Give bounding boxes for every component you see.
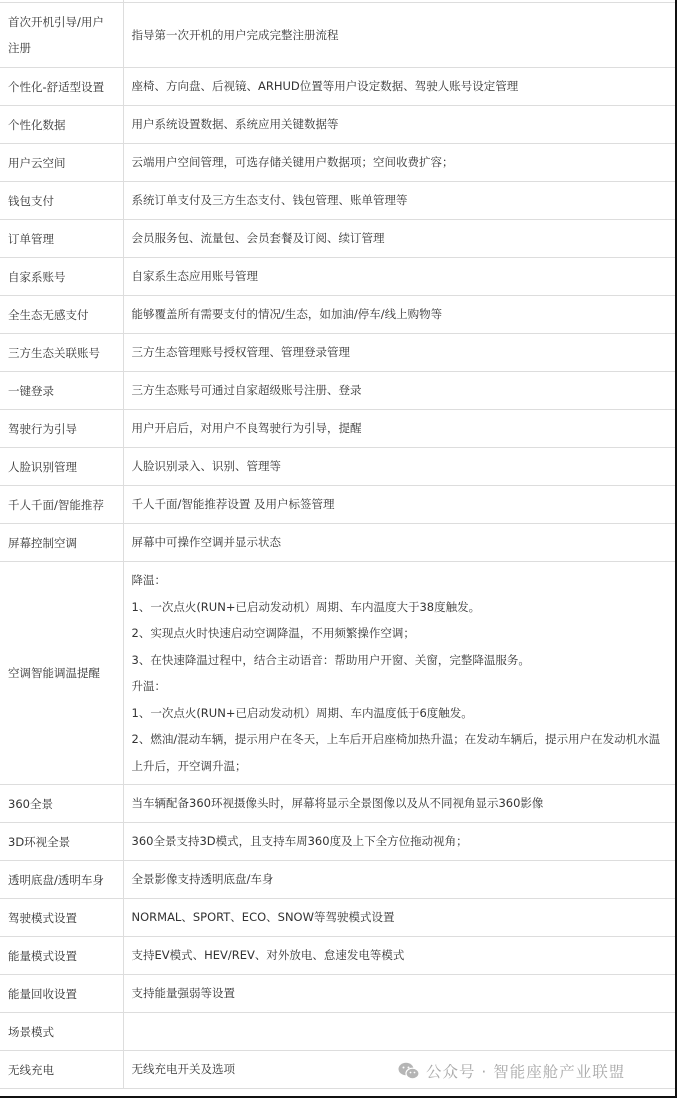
- feature-name: 首次开机引导/用户注册: [0, 3, 123, 68]
- feature-name: 个性化数据: [0, 106, 123, 144]
- table-row: 一键登录 三方生态账号可通过自家超级账号注册、登录: [0, 372, 675, 410]
- table-row: 钱包支付 系统订单支付及三方生态支付、钱包管理、账单管理等: [0, 182, 675, 220]
- description-line: 三方生态账号可通过自家超级账号注册、登录: [132, 377, 668, 404]
- feature-description: NORMAL、SPORT、ECO、SNOW等驾驶模式设置: [123, 899, 675, 937]
- feature-description: 云端用户空间管理，可选存储关键用户数据项；空间收费扩容；: [123, 144, 675, 182]
- table-row: 能量回收设置 支持能量强弱等设置: [0, 975, 675, 1013]
- feature-description: 用户系统设置数据、系统应用关键数据等: [123, 106, 675, 144]
- table-row: 场景模式: [0, 1013, 675, 1051]
- table-row: 人脸识别管理 人脸识别录入、识别、管理等: [0, 448, 675, 486]
- feature-name: 屏幕控制空调: [0, 524, 123, 562]
- feature-description: 系统订单支付及三方生态支付、钱包管理、账单管理等: [123, 182, 675, 220]
- watermark-text: 公众号 · 智能座舱产业联盟: [426, 1060, 625, 1082]
- description-line: 全景影像支持透明底盘/车身: [132, 866, 668, 893]
- document-frame: 首次开机引导/用户注册 指导第一次开机的用户完成完整注册流程 个性化-舒适型设置…: [0, 0, 677, 1098]
- table-row: 能量模式设置 支持EV模式、HEV/REV、对外放电、怠速发电等模式: [0, 937, 675, 975]
- watermark: 公众号 · 智能座舱产业联盟: [398, 1058, 629, 1084]
- description-line: 1、一次点火(RUN+已启动发动机）周期、车内温度大于38度触发。: [132, 594, 668, 621]
- feature-name: 个性化-舒适型设置: [0, 68, 123, 106]
- feature-name: 人脸识别管理: [0, 448, 123, 486]
- feature-name: 一键登录: [0, 372, 123, 410]
- wechat-icon: [398, 1062, 420, 1080]
- feature-description: 当车辆配备360环视摄像头时，屏幕将显示全景图像以及从不同视角显示360影像: [123, 785, 675, 823]
- feature-name: 钱包支付: [0, 182, 123, 220]
- description-line: 座椅、方向盘、后视镜、ARHUD位置等用户设定数据、驾驶人账号设定管理: [132, 73, 668, 100]
- table-row: 订单管理 会员服务包、流量包、会员套餐及订阅、续订管理: [0, 220, 675, 258]
- table-row: 首次开机引导/用户注册 指导第一次开机的用户完成完整注册流程: [0, 3, 675, 68]
- feature-name: 场景模式: [0, 1013, 123, 1051]
- description-line: 能够覆盖所有需要支付的情况/生态，如加油/停车/线上购物等: [132, 301, 668, 328]
- table-row: 自家系账号 自家系生态应用账号管理: [0, 258, 675, 296]
- description-line: 1、一次点火(RUN+已启动发动机）周期、车内温度低于6度触发。: [132, 700, 668, 727]
- feature-description: 自家系生态应用账号管理: [123, 258, 675, 296]
- table-row: 用户云空间 云端用户空间管理，可选存储关键用户数据项；空间收费扩容；: [0, 144, 675, 182]
- table-row: 个性化数据 用户系统设置数据、系统应用关键数据等: [0, 106, 675, 144]
- table-row: 空调智能调温提醒 降温： 1、一次点火(RUN+已启动发动机）周期、车内温度大于…: [0, 562, 675, 785]
- table-row: 个性化-舒适型设置 座椅、方向盘、后视镜、ARHUD位置等用户设定数据、驾驶人账…: [0, 68, 675, 106]
- table-row: 驾驶行为引导 用户开启后，对用户不良驾驶行为引导，提醒: [0, 410, 675, 448]
- feature-description: 支持能量强弱等设置: [123, 975, 675, 1013]
- feature-spec-table: 首次开机引导/用户注册 指导第一次开机的用户完成完整注册流程 个性化-舒适型设置…: [0, 2, 675, 1089]
- feature-name: 能量回收设置: [0, 975, 123, 1013]
- table-row: 屏幕控制空调 屏幕中可操作空调并显示状态: [0, 524, 675, 562]
- table-row: 3D环视全景 360全景支持3D模式，且支持车周360度及上下全方位拖动视角；: [0, 823, 675, 861]
- table-row: 三方生态关联账号 三方生态管理账号授权管理、管理登录管理: [0, 334, 675, 372]
- description-line: 屏幕中可操作空调并显示状态: [132, 529, 668, 556]
- feature-name: 透明底盘/透明车身: [0, 861, 123, 899]
- feature-description: 用户开启后，对用户不良驾驶行为引导，提醒: [123, 410, 675, 448]
- description-line: 支持能量强弱等设置: [132, 980, 668, 1007]
- description-line: 指导第一次开机的用户完成完整注册流程: [132, 22, 668, 49]
- feature-name: 驾驶模式设置: [0, 899, 123, 937]
- feature-description: 三方生态管理账号授权管理、管理登录管理: [123, 334, 675, 372]
- description-line: 云端用户空间管理，可选存储关键用户数据项；空间收费扩容；: [132, 149, 668, 176]
- description-line: 人脸识别录入、识别、管理等: [132, 453, 668, 480]
- description-line: 自家系生态应用账号管理: [132, 263, 668, 290]
- feature-name: 3D环视全景: [0, 823, 123, 861]
- feature-name: 无线充电: [0, 1051, 123, 1089]
- description-line: NORMAL、SPORT、ECO、SNOW等驾驶模式设置: [132, 904, 668, 931]
- description-line: 用户开启后，对用户不良驾驶行为引导，提醒: [132, 415, 668, 442]
- description-line: 360全景支持3D模式，且支持车周360度及上下全方位拖动视角；: [132, 828, 668, 855]
- description-line: 会员服务包、流量包、会员套餐及订阅、续订管理: [132, 225, 668, 252]
- feature-name: 360全景: [0, 785, 123, 823]
- description-line: 3、在快速降温过程中，结合主动语音：帮助用户开窗、关窗，完整降温服务。: [132, 647, 668, 674]
- feature-description: 屏幕中可操作空调并显示状态: [123, 524, 675, 562]
- description-line: 2、实现点火时快速启动空调降温，不用频繁操作空调；: [132, 620, 668, 647]
- description-line: 支持EV模式、HEV/REV、对外放电、怠速发电等模式: [132, 942, 668, 969]
- feature-description: 会员服务包、流量包、会员套餐及订阅、续订管理: [123, 220, 675, 258]
- feature-description: 千人千面/智能推荐设置 及用户标签管理: [123, 486, 675, 524]
- feature-name: 全生态无感支付: [0, 296, 123, 334]
- feature-description: 人脸识别录入、识别、管理等: [123, 448, 675, 486]
- description-line: 三方生态管理账号授权管理、管理登录管理: [132, 339, 668, 366]
- table-row: 驾驶模式设置 NORMAL、SPORT、ECO、SNOW等驾驶模式设置: [0, 899, 675, 937]
- feature-name: 用户云空间: [0, 144, 123, 182]
- feature-description: 支持EV模式、HEV/REV、对外放电、怠速发电等模式: [123, 937, 675, 975]
- feature-name: 自家系账号: [0, 258, 123, 296]
- description-line: 用户系统设置数据、系统应用关键数据等: [132, 111, 668, 138]
- feature-description: 座椅、方向盘、后视镜、ARHUD位置等用户设定数据、驾驶人账号设定管理: [123, 68, 675, 106]
- feature-description: 三方生态账号可通过自家超级账号注册、登录: [123, 372, 675, 410]
- table-row: 千人千面/智能推荐 千人千面/智能推荐设置 及用户标签管理: [0, 486, 675, 524]
- table-row: 全生态无感支付 能够覆盖所有需要支付的情况/生态，如加油/停车/线上购物等: [0, 296, 675, 334]
- description-line: 2、燃油/混动车辆，提示用户在冬天，上车后开启座椅加热升温；在发动车辆后，提示用…: [132, 726, 668, 779]
- feature-description: 降温： 1、一次点火(RUN+已启动发动机）周期、车内温度大于38度触发。 2、…: [123, 562, 675, 785]
- feature-name: 空调智能调温提醒: [0, 562, 123, 785]
- feature-name: 千人千面/智能推荐: [0, 486, 123, 524]
- feature-name: 三方生态关联账号: [0, 334, 123, 372]
- description-line: 降温：: [132, 567, 668, 594]
- feature-name: 驾驶行为引导: [0, 410, 123, 448]
- description-line: 系统订单支付及三方生态支付、钱包管理、账单管理等: [132, 187, 668, 214]
- feature-name: 能量模式设置: [0, 937, 123, 975]
- feature-name: 订单管理: [0, 220, 123, 258]
- description-line: 千人千面/智能推荐设置 及用户标签管理: [132, 491, 668, 518]
- feature-description: 全景影像支持透明底盘/车身: [123, 861, 675, 899]
- table-row: 透明底盘/透明车身 全景影像支持透明底盘/车身: [0, 861, 675, 899]
- feature-description: [123, 1013, 675, 1051]
- description-line: 升温：: [132, 673, 668, 700]
- feature-description: 能够覆盖所有需要支付的情况/生态，如加油/停车/线上购物等: [123, 296, 675, 334]
- feature-description: 360全景支持3D模式，且支持车周360度及上下全方位拖动视角；: [123, 823, 675, 861]
- table-row: 360全景 当车辆配备360环视摄像头时，屏幕将显示全景图像以及从不同视角显示3…: [0, 785, 675, 823]
- description-line: 当车辆配备360环视摄像头时，屏幕将显示全景图像以及从不同视角显示360影像: [132, 790, 668, 817]
- feature-description: 指导第一次开机的用户完成完整注册流程: [123, 3, 675, 68]
